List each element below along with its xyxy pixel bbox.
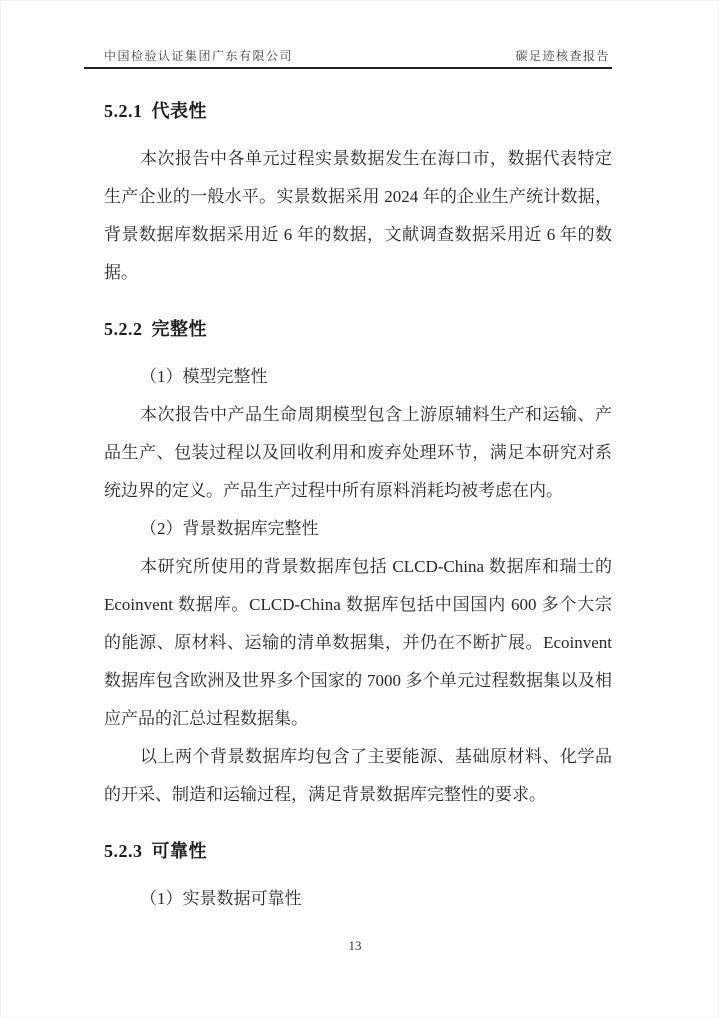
section-heading-5-2-1: 5.2.1代表性 xyxy=(104,100,612,122)
paragraph-model-completeness: 本次报告中产品生命周期模型包含上游原辅料生产和运输、产品生产、包装过程以及回收利… xyxy=(104,396,612,510)
section-title: 完整性 xyxy=(152,319,208,339)
paragraph-databases-coverage: 以上两个背景数据库均包含了主要能源、基础原材料、化学品的开采、制造和运输过程，满… xyxy=(104,738,612,814)
section-heading-5-2-3: 5.2.3可靠性 xyxy=(104,840,612,862)
page-body: 5.2.1代表性 本次报告中各单元过程实景数据发生在海口市，数据代表特定生产企业… xyxy=(104,96,612,918)
subheading-primary-data-reliability: （1）实景数据可靠性 xyxy=(104,880,612,918)
section-title: 代表性 xyxy=(152,101,208,121)
header-divider xyxy=(84,67,612,69)
section-number: 5.2.1 xyxy=(104,101,143,121)
header-report-title: 碳足迹核查报告 xyxy=(515,47,610,64)
subheading-background-db-completeness: （2）背景数据库完整性 xyxy=(104,510,612,548)
section-heading-5-2-2: 5.2.2完整性 xyxy=(104,318,612,340)
page-number: 13 xyxy=(349,938,362,953)
section-title: 可靠性 xyxy=(152,841,208,861)
paragraph-representativeness: 本次报告中各单元过程实景数据发生在海口市，数据代表特定生产企业的一般水平。实景数… xyxy=(104,140,612,292)
section-number: 5.2.2 xyxy=(104,319,143,339)
page-footer: 13 xyxy=(0,938,710,954)
section-number: 5.2.3 xyxy=(104,841,143,861)
report-page: 中国检验认证集团广东有限公司 碳足迹核查报告 5.2.1代表性 本次报告中各单元… xyxy=(0,0,719,1018)
page-header: 中国检验认证集团广东有限公司 碳足迹核查报告 xyxy=(104,47,610,64)
paragraph-background-databases: 本研究所使用的背景数据库包括 CLCD-China 数据库和瑞士的 Ecoinv… xyxy=(104,548,612,738)
header-company-name: 中国检验认证集团广东有限公司 xyxy=(104,47,293,64)
subheading-model-completeness: （1）模型完整性 xyxy=(104,358,612,396)
